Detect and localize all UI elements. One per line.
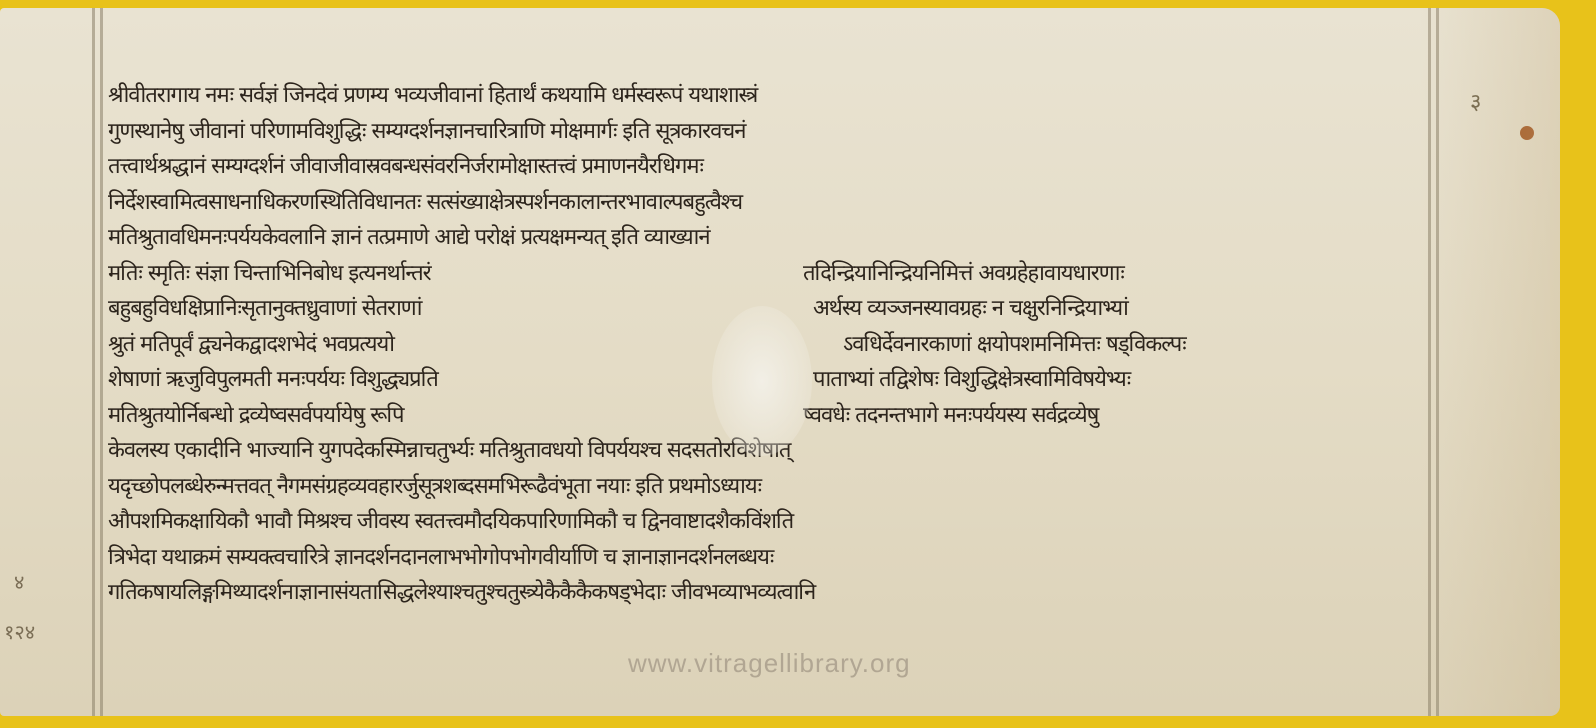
left-margin-mark-2: १२४ [4, 618, 35, 645]
text-right: पाताभ्यां तद्विशेषः विशुद्धिक्षेत्रस्वाम… [813, 362, 1433, 398]
manuscript-folio: ३ ४ १२४ श्रीवीतरागाय नमः सर्वज्ञं जिनदेव… [0, 8, 1560, 716]
text-left: शेषाणां ऋजुविपुलमती मनःपर्ययः विशुद्ध्यप… [108, 362, 708, 398]
text-right: ष्ववधेः तदनन्तभागे मनःपर्ययस्य सर्वद्रव्… [803, 398, 1433, 434]
text-line: मतिश्रुतावधिमनःपर्ययकेवलानि ज्ञानं तत्प्… [108, 220, 1433, 256]
left-margin-rule-inner [100, 8, 103, 716]
ink-stain [1520, 126, 1534, 140]
text-line: निर्देशस्वामित्वसाधनाधिकरणस्थितिविधानतः … [108, 185, 1433, 221]
page-number: ३ [1470, 86, 1481, 116]
text-left: बहुबहुविधक्षिप्रानिःसृतानुक्तध्रुवाणां स… [108, 291, 708, 327]
central-string-hole [712, 306, 812, 456]
text-left: मतिश्रुतयोर्निबन्धो द्रव्येष्वसर्वपर्याय… [108, 398, 728, 434]
left-margin-rule [92, 8, 95, 716]
text-line: तत्त्वार्थश्रद्धानं सम्यग्दर्शनं जीवाजीव… [108, 149, 1433, 185]
text-right: अर्थस्य व्यञ्जनस्यावग्रहः न चक्षुरनिन्द्… [813, 291, 1433, 327]
left-margin-mark: ४ [14, 568, 24, 595]
text-line: गतिकषायलिङ्गमिथ्यादर्शनाज्ञानासंयतासिद्ध… [108, 575, 1433, 611]
text-right: ऽवधिर्देवनारकाणां क्षयोपशमनिमित्तः षड्वि… [843, 327, 1433, 363]
text-left: मतिः स्मृतिः संज्ञा चिन्ताभिनिबोध इत्यनर… [108, 256, 728, 292]
text-line: त्रिभेदा यथाक्रमं सम्यक्त्वचारित्रे ज्ञा… [108, 540, 1433, 576]
text-left: श्रुतं मतिपूर्वं द्व्यनेकद्वादशभेदं भवप्… [108, 327, 708, 363]
right-margin-rule-outer [1436, 8, 1439, 716]
text-line: यदृच्छोपलब्धेरुन्मत्तवत् नैगमसंग्रहव्यवह… [108, 469, 1433, 505]
text-line: श्रीवीतरागाय नमः सर्वज्ञं जिनदेवं प्रणम्… [108, 78, 1433, 114]
right-margin-rule [1428, 8, 1431, 716]
text-line-split: मतिः स्मृतिः संज्ञा चिन्ताभिनिबोध इत्यनर… [108, 256, 1433, 292]
watermark: www.vitragellibrary.org [628, 648, 911, 679]
text-line: औपशमिकक्षायिकौ भावौ मिश्रश्च जीवस्य स्वत… [108, 504, 1433, 540]
text-line: गुणस्थानेषु जीवानां परिणामविशुद्धिः सम्य… [108, 114, 1433, 150]
text-right: तदिन्द्रियानिन्द्रियनिमित्तं अवग्रहेहावा… [803, 256, 1433, 292]
